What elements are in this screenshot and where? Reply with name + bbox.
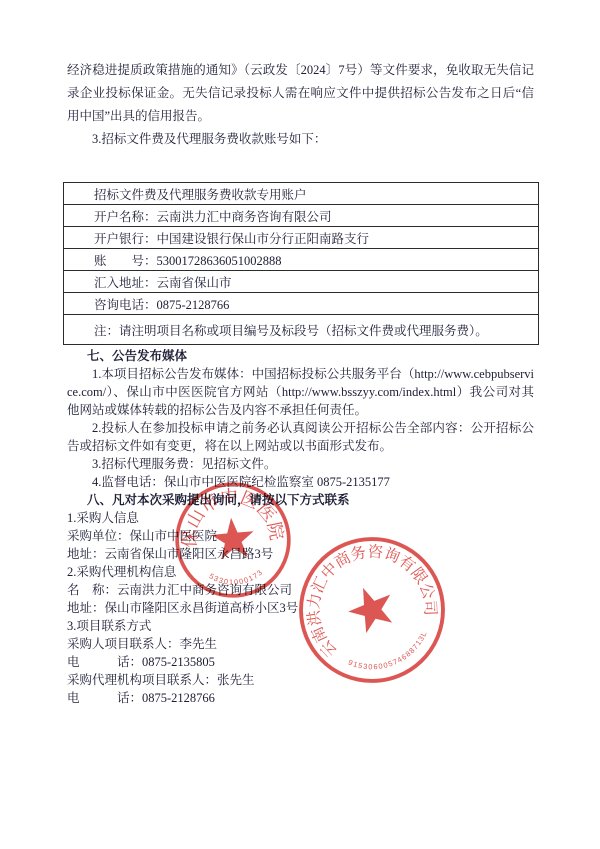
fee-account-lead-line: 3.招标文件费及代理服务费收款账号如下： bbox=[67, 128, 534, 151]
agency-seal-stamp: 云南洪力汇中商务咨询有限公司 91530600574688713L bbox=[294, 532, 450, 688]
account-table: 招标文件费及代理服务费收款专用账户 开户名称：云南洪力汇中商务咨询有限公司 开户… bbox=[63, 182, 539, 345]
table-row: 账 号：53001728636051002888 bbox=[64, 249, 539, 271]
section7-item-4: 4.监督电话：保山市中医医院纪检监察室 0875-2135177 bbox=[67, 473, 534, 491]
account-holder-name: 开户名称：云南洪力汇中商务咨询有限公司 bbox=[64, 205, 539, 227]
account-bank: 开户银行：中国建设银行保山市分行正阳南路支行 bbox=[64, 227, 539, 249]
table-note: 注：请注明项目名称或项目编号及标段号（招标文件费或代理服务费）。 bbox=[64, 315, 539, 345]
table-row: 咨询电话：0875-2128766 bbox=[64, 293, 539, 315]
hospital-seal-icon: 保山市中医医院 53301000173 bbox=[171, 478, 295, 602]
section7-item-1: 1.本项目招标公告发布媒体：中国招标投标公共服务平台（http://www.ce… bbox=[67, 365, 534, 419]
star-icon bbox=[210, 516, 256, 560]
inquiry-phone: 咨询电话：0875-2128766 bbox=[64, 293, 539, 315]
hospital-seal-stamp: 保山市中医医院 53301000173 bbox=[171, 478, 295, 602]
account-table-title: 招标文件费及代理服务费收款专用账户 bbox=[64, 183, 539, 205]
svg-text:91530600574688713L: 91530600574688713L bbox=[345, 627, 436, 684]
hospital-seal-code: 53301000173 bbox=[207, 567, 266, 589]
table-row: 招标文件费及代理服务费收款专用账户 bbox=[64, 183, 539, 205]
intro-paragraph: 经济稳进提质政策措施的通知》（云政发〔2024〕7号）等文件要求，免收取无失信记… bbox=[67, 59, 534, 128]
section7-heading: 七、公告发布媒体 bbox=[67, 347, 534, 365]
remit-address: 汇入地址：云南省保山市 bbox=[64, 271, 539, 293]
account-number: 账 号：53001728636051002888 bbox=[64, 249, 539, 271]
section7-item-3: 3.招标代理服务费：见招标文件。 bbox=[67, 455, 534, 473]
document-page: 经济稳进提质政策措施的通知》（云政发〔2024〕7号）等文件要求，免收取无失信记… bbox=[0, 0, 600, 849]
table-row: 开户名称：云南洪力汇中商务咨询有限公司 bbox=[64, 205, 539, 227]
table-row: 汇入地址：云南省保山市 bbox=[64, 271, 539, 293]
buyer-info-label: 1.采购人信息 bbox=[67, 509, 534, 527]
agency-seal-icon: 云南洪力汇中商务咨询有限公司 91530600574688713L bbox=[294, 532, 450, 688]
table-row: 开户银行：中国建设银行保山市分行正阳南路支行 bbox=[64, 227, 539, 249]
agency-seal-code: 91530600574688713L bbox=[345, 627, 436, 684]
section8-heading: 八、凡对本次采购提出询问，请按以下方式联系 bbox=[67, 491, 534, 509]
section7-item-2: 2.投标人在参加投标申请之前务必认真阅读公开招标公告全部内容：公开招标公告或招标… bbox=[67, 419, 534, 455]
svg-text:53301000173: 53301000173 bbox=[207, 567, 266, 589]
table-row: 注：请注明项目名称或项目编号及标段号（招标文件费或代理服务费）。 bbox=[64, 315, 539, 345]
star-icon bbox=[342, 579, 400, 636]
agency-contact-phone: 电 话：0875-2128766 bbox=[67, 689, 534, 707]
